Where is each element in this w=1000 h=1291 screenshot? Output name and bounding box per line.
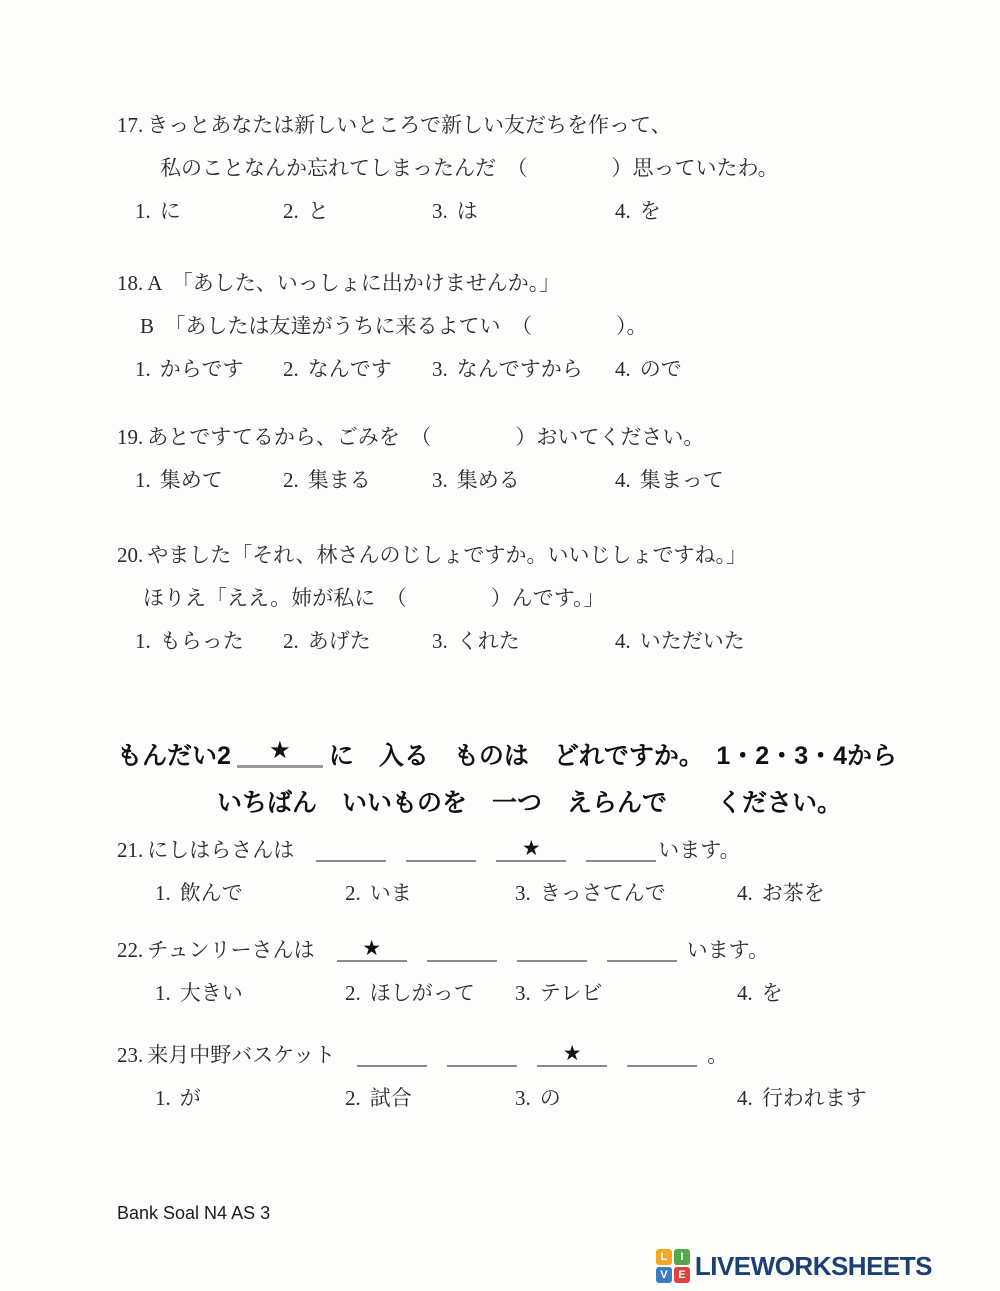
option-3: 3.集める [432,459,615,502]
question-21: 21.にしはらさんは★います。 1.飲んで2.いま3.きっさてんで4.お茶を [117,829,970,915]
option-3: 3.テレビ [515,972,737,1015]
option-2: 2.試合 [345,1077,515,1120]
option-3: 3.の [515,1077,737,1120]
question-23-line: 23.来月中野バスケット★。 [117,1034,970,1077]
question-text: A 「あした、いっしょに出かけませんか。」 [147,271,560,295]
option-4: 4.を [615,190,661,233]
question-18-options: 1.からです2.なんです3.なんですから4.ので [117,348,970,391]
option-2: 2.集まる [283,459,432,502]
worksheet-page: 17.きっとあなたは新しいところで新しい友だちを作って、 私のことなんか忘れてし… [0,0,1000,1291]
question-20-line-2: ほりえ「ええ。姉が私に （ ）んです。」 [117,577,970,620]
option-2: 2.いま [345,872,515,915]
question-stem: にしはらさんは [147,838,294,862]
question-21-line: 21.にしはらさんは★います。 [117,829,970,872]
question-number: 22. [117,929,143,972]
question-17-line-1: 17.きっとあなたは新しいところで新しい友だちを作って、 [117,104,970,147]
answer-blank [447,1039,517,1067]
question-18-line-1: 18.A 「あした、いっしょに出かけませんか。」 [117,262,970,305]
question-18-line-2: B 「あしたは友達がうちに来るよてい （ ）。 [117,305,970,348]
question-number: 20. [117,534,143,577]
question-text: きっとあなたは新しいところで新しい友だちを作って、 [147,113,671,137]
answer-blank [357,1039,427,1067]
question-17-options: 1.に2.と3.は4.を [117,190,970,233]
question-22: 22.チュンリーさんは★います。 1.大きい2.ほしがって3.テレビ4.を [117,929,970,1015]
question-tail: 。 [707,1043,728,1067]
star-blank: ★ [337,934,407,962]
option-1: 1.飲んで [155,872,345,915]
option-1: 1.もらった [135,620,283,663]
footer-text: Bank Soal N4 AS 3 [117,1203,270,1224]
mondai-2-header-line-1: もんだい2★に 入る ものは どれですか。 1・2・3・4から [117,733,970,780]
question-text: B 「あしたは友達がうちに来るよてい （ ）。 [140,314,648,338]
star-blank: ★ [496,834,566,862]
option-4: 4.お茶を [737,872,825,915]
question-19-line-1: 19.あとですてるから、ごみを （ ）おいてください。 [117,416,970,459]
question-20-options: 1.もらった2.あげた3.くれた4.いただいた [117,620,970,663]
liveworksheets-logo-text: LIVEWORKSHEETS [695,1251,932,1282]
question-number: 21. [117,829,143,872]
answer-blank [406,834,476,862]
question-20: 20.やました「それ、林さんのじしょですか。いいじしょですね。」 ほりえ「ええ。… [117,534,970,663]
answer-blank [316,834,386,862]
question-number: 19. [117,416,143,459]
star-icon: ★ [337,938,407,959]
option-2: 2.なんです [283,348,432,391]
option-3: 3.きっさてんで [515,872,737,915]
logo-block-e: E [674,1267,690,1283]
question-text: やました「それ、林さんのじしょですか。いいじしょですね。」 [147,543,747,567]
logo-block-v: V [656,1267,672,1283]
logo-block-i: I [674,1249,690,1265]
mondai-2-header-line-2: いちばん いいものを 一つ えらんで ください。 [117,780,970,827]
question-23-options: 1.が2.試合3.の4.行われます [117,1077,970,1120]
question-17: 17.きっとあなたは新しいところで新しい友だちを作って、 私のことなんか忘れてし… [117,104,970,233]
question-18: 18.A 「あした、いっしょに出かけませんか。」 B 「あしたは友達がうちに来る… [117,262,970,391]
option-4: 4.行われます [737,1077,867,1120]
option-1: 1.集めて [135,459,283,502]
option-1: 1.が [155,1077,345,1120]
option-4: 4.集まって [615,459,724,502]
answer-blank [627,1039,697,1067]
logo-block-l: L [656,1249,672,1265]
question-number: 18. [117,262,143,305]
option-2: 2.あげた [283,620,432,663]
question-22-options: 1.大きい2.ほしがって3.テレビ4.を [117,972,970,1015]
question-number: 17. [117,104,143,147]
question-stem: チュンリーさんは [147,938,314,962]
star-blank: ★ [237,738,323,768]
option-3: 3.くれた [432,620,615,663]
star-blank: ★ [537,1039,607,1067]
question-20-line-1: 20.やました「それ、林さんのじしょですか。いいじしょですね。」 [117,534,970,577]
answer-blank [517,934,587,962]
question-tail: います。 [658,838,740,862]
mondai-2-header: もんだい2★に 入る ものは どれですか。 1・2・3・4から いちばん いいも… [117,733,970,827]
question-number: 23. [117,1034,143,1077]
option-3: 3.なんですから [432,348,615,391]
star-icon: ★ [496,838,566,859]
option-2: 2.ほしがって [345,972,515,1015]
star-icon: ★ [537,1043,607,1064]
question-tail: います。 [687,938,769,962]
option-4: 4.いただいた [615,620,745,663]
question-23: 23.来月中野バスケット★。 1.が2.試合3.の4.行われます [117,1034,970,1120]
answer-blank [586,834,656,862]
option-1: 1.に [135,190,283,233]
section-title: もんだい2 [117,742,231,770]
question-stem: 来月中野バスケット [147,1043,335,1067]
question-text: ほりえ「ええ。姉が私に （ ）んです。」 [143,586,605,610]
question-17-line-2: 私のことなんか忘れてしまったんだ （ ）思っていたわ。 [117,147,970,190]
question-21-options: 1.飲んで2.いま3.きっさてんで4.お茶を [117,872,970,915]
question-19: 19.あとですてるから、ごみを （ ）おいてください。 1.集めて2.集まる3.… [117,416,970,502]
star-icon: ★ [237,739,323,763]
answer-blank [607,934,677,962]
liveworksheets-logo: L I V E LIVEWORKSHEETS [656,1249,932,1283]
question-19-options: 1.集めて2.集まる3.集める4.集まって [117,459,970,502]
question-22-line: 22.チュンリーさんは★います。 [117,929,970,972]
answer-blank [427,934,497,962]
question-text: あとですてるから、ごみを （ ）おいてください。 [147,425,704,449]
option-4: 4.を [737,972,783,1015]
question-text: 私のことなんか忘れてしまったんだ （ ）思っていたわ。 [160,156,779,180]
option-1: 1.からです [135,348,283,391]
liveworksheets-logo-icon: L I V E [656,1249,690,1283]
option-2: 2.と [283,190,432,233]
option-3: 3.は [432,190,615,233]
option-1: 1.大きい [155,972,345,1015]
option-4: 4.ので [615,348,682,391]
